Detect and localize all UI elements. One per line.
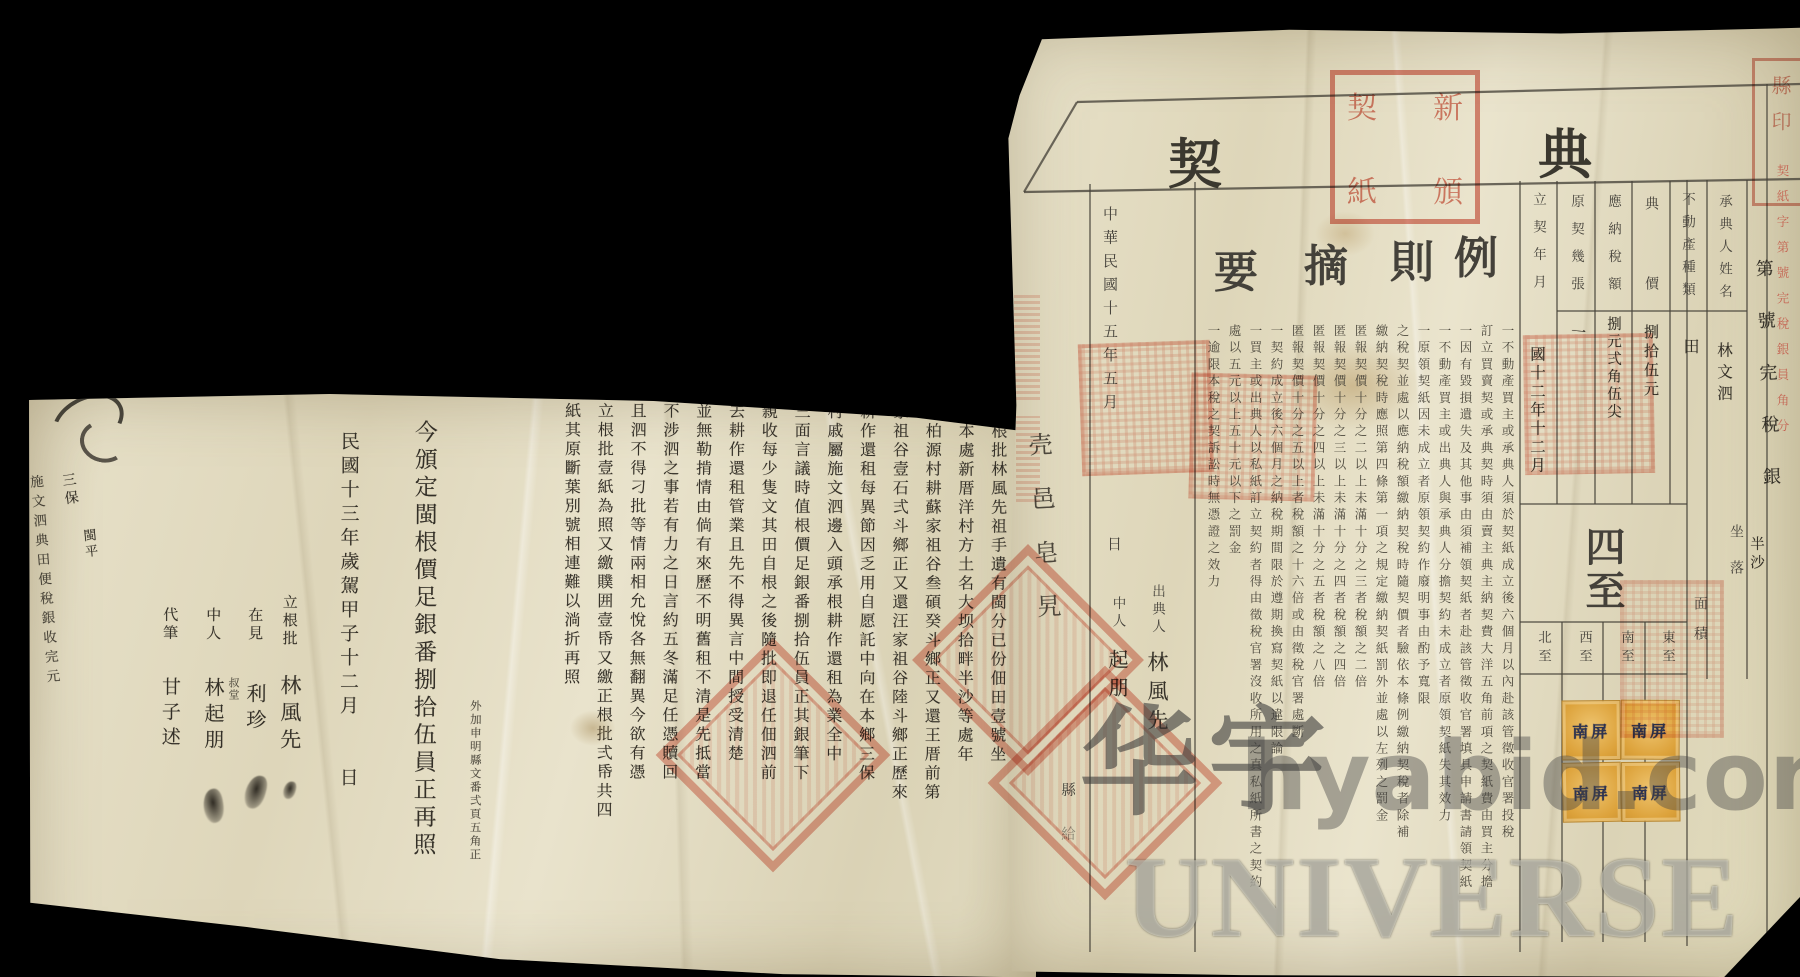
- deed-price-heading: 今頒定閩根價足銀番捌拾伍員正再照: [406, 420, 441, 860]
- official-county-seal: [1188, 372, 1317, 501]
- deed-body-column: 耕作還租每異節因乏用自愿託中向在本鄉三保: [848, 403, 882, 863]
- deed-body-column: 家祖谷壹石弍斗鄉正又還汪家祖谷陸斗鄉正歷來: [881, 403, 915, 863]
- stamp-overprint-label: 南屏: [1632, 780, 1670, 803]
- subtitle-char: 則: [1390, 226, 1434, 290]
- regulation-column: 匿報契價十分之三以上未滿十分之四者稅額之四倍: [1328, 324, 1349, 954]
- signature-role: 在見: [245, 607, 266, 643]
- corner-flourish-mark: [42, 390, 138, 470]
- deed-side-note: 外加申明縣文番弍頁五角正: [467, 700, 484, 862]
- signature-mark: [241, 773, 269, 811]
- field-label-property-type: 不動產種類: [1677, 192, 1697, 305]
- seal-char: 契: [1347, 83, 1377, 127]
- revenue-stamp: 南屏: [1621, 761, 1681, 822]
- revenue-stamp: 南屏: [1561, 700, 1621, 761]
- regulation-column: 匿報契價十分之二以上未滿十分之三者稅額之二倍: [1349, 324, 1370, 954]
- signature-name: 林起朋: [199, 677, 228, 755]
- signature-scribe: 代筆 甘子述: [157, 607, 185, 752]
- signature-name: 利珍: [241, 683, 270, 735]
- signature-mark: [282, 780, 298, 800]
- form-title-char-dian: 典: [1538, 112, 1592, 189]
- signature-name: 甘子述: [157, 677, 184, 752]
- corner-note-line2: 閩平: [78, 528, 100, 562]
- subtitle-char: 要: [1214, 236, 1258, 300]
- subtitle-char: 摘: [1304, 230, 1348, 294]
- stamp-overprint-label: 南屏: [1572, 719, 1610, 742]
- signature-middleman: 中人 林起朋: [199, 607, 229, 823]
- seal-char: 頒: [1433, 167, 1463, 211]
- stamp-overprint-label: 南屏: [1573, 780, 1611, 804]
- official-county-seal: [1620, 580, 1724, 738]
- regulation-column: 一不動產買主或出典人與承典人分擔契約未成立者原領契紙失其效力: [1433, 324, 1454, 954]
- regulation-column: 繳納契稅時應照第四條第一項之規定繳納契紙罰外並處以左列之罰金: [1370, 324, 1391, 954]
- four-bounds-north: 北至: [1533, 630, 1553, 667]
- deed-body-column: 且泗不得刁批等情兩相允悅各無翻異今欲有憑: [619, 402, 653, 862]
- field-value-pledgee-name: 林文泗: [1713, 342, 1735, 407]
- seal-char: 紙: [1347, 167, 1377, 211]
- corner-half-seal: 縣印: [1752, 58, 1800, 206]
- field-value-location: 半沙: [1746, 536, 1767, 573]
- field-label-deed-date: 立契年月: [1528, 192, 1548, 302]
- issue-day-label: 日: [1103, 536, 1124, 551]
- regulation-column: 一不動產買主或承典人須於契紙成立後六個月以內赴該管徵收官署投稅: [1496, 324, 1517, 954]
- deed-date: 民國十三年歲駕甲子十二月 日: [335, 431, 363, 791]
- corner-half-seal-text: 縣印: [1765, 75, 1794, 147]
- deed-body-column: 立根批壹紙為照又繳贌囲壹帋又繳正根批弍帋共四: [586, 402, 620, 862]
- signature-witness: 在見 利珍: [241, 607, 271, 809]
- field-label-original-deeds: 原契幾張: [1566, 194, 1586, 304]
- four-bounds-west: 西至: [1574, 630, 1594, 667]
- deed-body-column: 紙其原斷葉別號相連難以淌折再照: [553, 402, 587, 862]
- field-label-pledgee-name: 承典人姓名: [1714, 194, 1734, 307]
- seam-half-seal: [1016, 416, 1040, 502]
- field-label-tax-amount: 應納稅額: [1603, 194, 1623, 304]
- signature-role: 中人: [203, 607, 224, 643]
- regulation-column: 一因有毀損遺失及其他事由須補領契紙者赴該管徵收官署填具申請書請領契紙: [1454, 324, 1475, 954]
- left-deed-paper: 三保 閩平 施文泗典田便稅銀收完元 立根批林風先祖手遺有閩分已份佃田壹號坐 址本…: [24, 388, 1038, 977]
- party-role: 出典人: [1147, 584, 1167, 637]
- signature-deed-maker: 立根批 林風先: [275, 594, 306, 799]
- field-value-property-type: 田: [1679, 338, 1702, 354]
- signature-role: 代筆: [160, 607, 181, 643]
- signature-mark: [200, 787, 225, 824]
- field-label-location: 坐落: [1725, 524, 1745, 596]
- regulation-column: 之稅契並處以應納稅額繳納契稅時隨契價者驗依本條例繳納契稅者除補: [1391, 324, 1412, 954]
- official-county-seal: [1523, 333, 1655, 475]
- photo-of-deed-documents: 三保 閩平 施文泗典田便稅銀收完元 立根批林風先祖手遺有閩分已份佃田壹號坐 址本…: [0, 0, 1800, 977]
- signature-name: 林風先: [275, 674, 305, 755]
- new-issue-deed-paper-seal: 新 頒 契 紙: [1330, 70, 1480, 224]
- revenue-stamp: 南屏: [1562, 762, 1622, 823]
- regulation-column: 訂立買賣契或承典契時須由賣主典主納契費大洋五角前項之契紙費由買主分擔: [1475, 324, 1496, 954]
- regulation-column: 一原領契紙因未成立者原領契約作廢明事由酌予寬限: [1412, 324, 1433, 954]
- deed-body-column: 不涉泗之事若有力之日言約五冬滿足任憑贖回: [652, 402, 686, 862]
- seal-char: 新: [1433, 83, 1463, 127]
- subtitle-char: 例: [1454, 222, 1498, 286]
- form-title-char-qi: 契: [1168, 122, 1222, 199]
- signature-role: 立根批: [280, 594, 301, 648]
- seam-half-seal: [1014, 292, 1040, 400]
